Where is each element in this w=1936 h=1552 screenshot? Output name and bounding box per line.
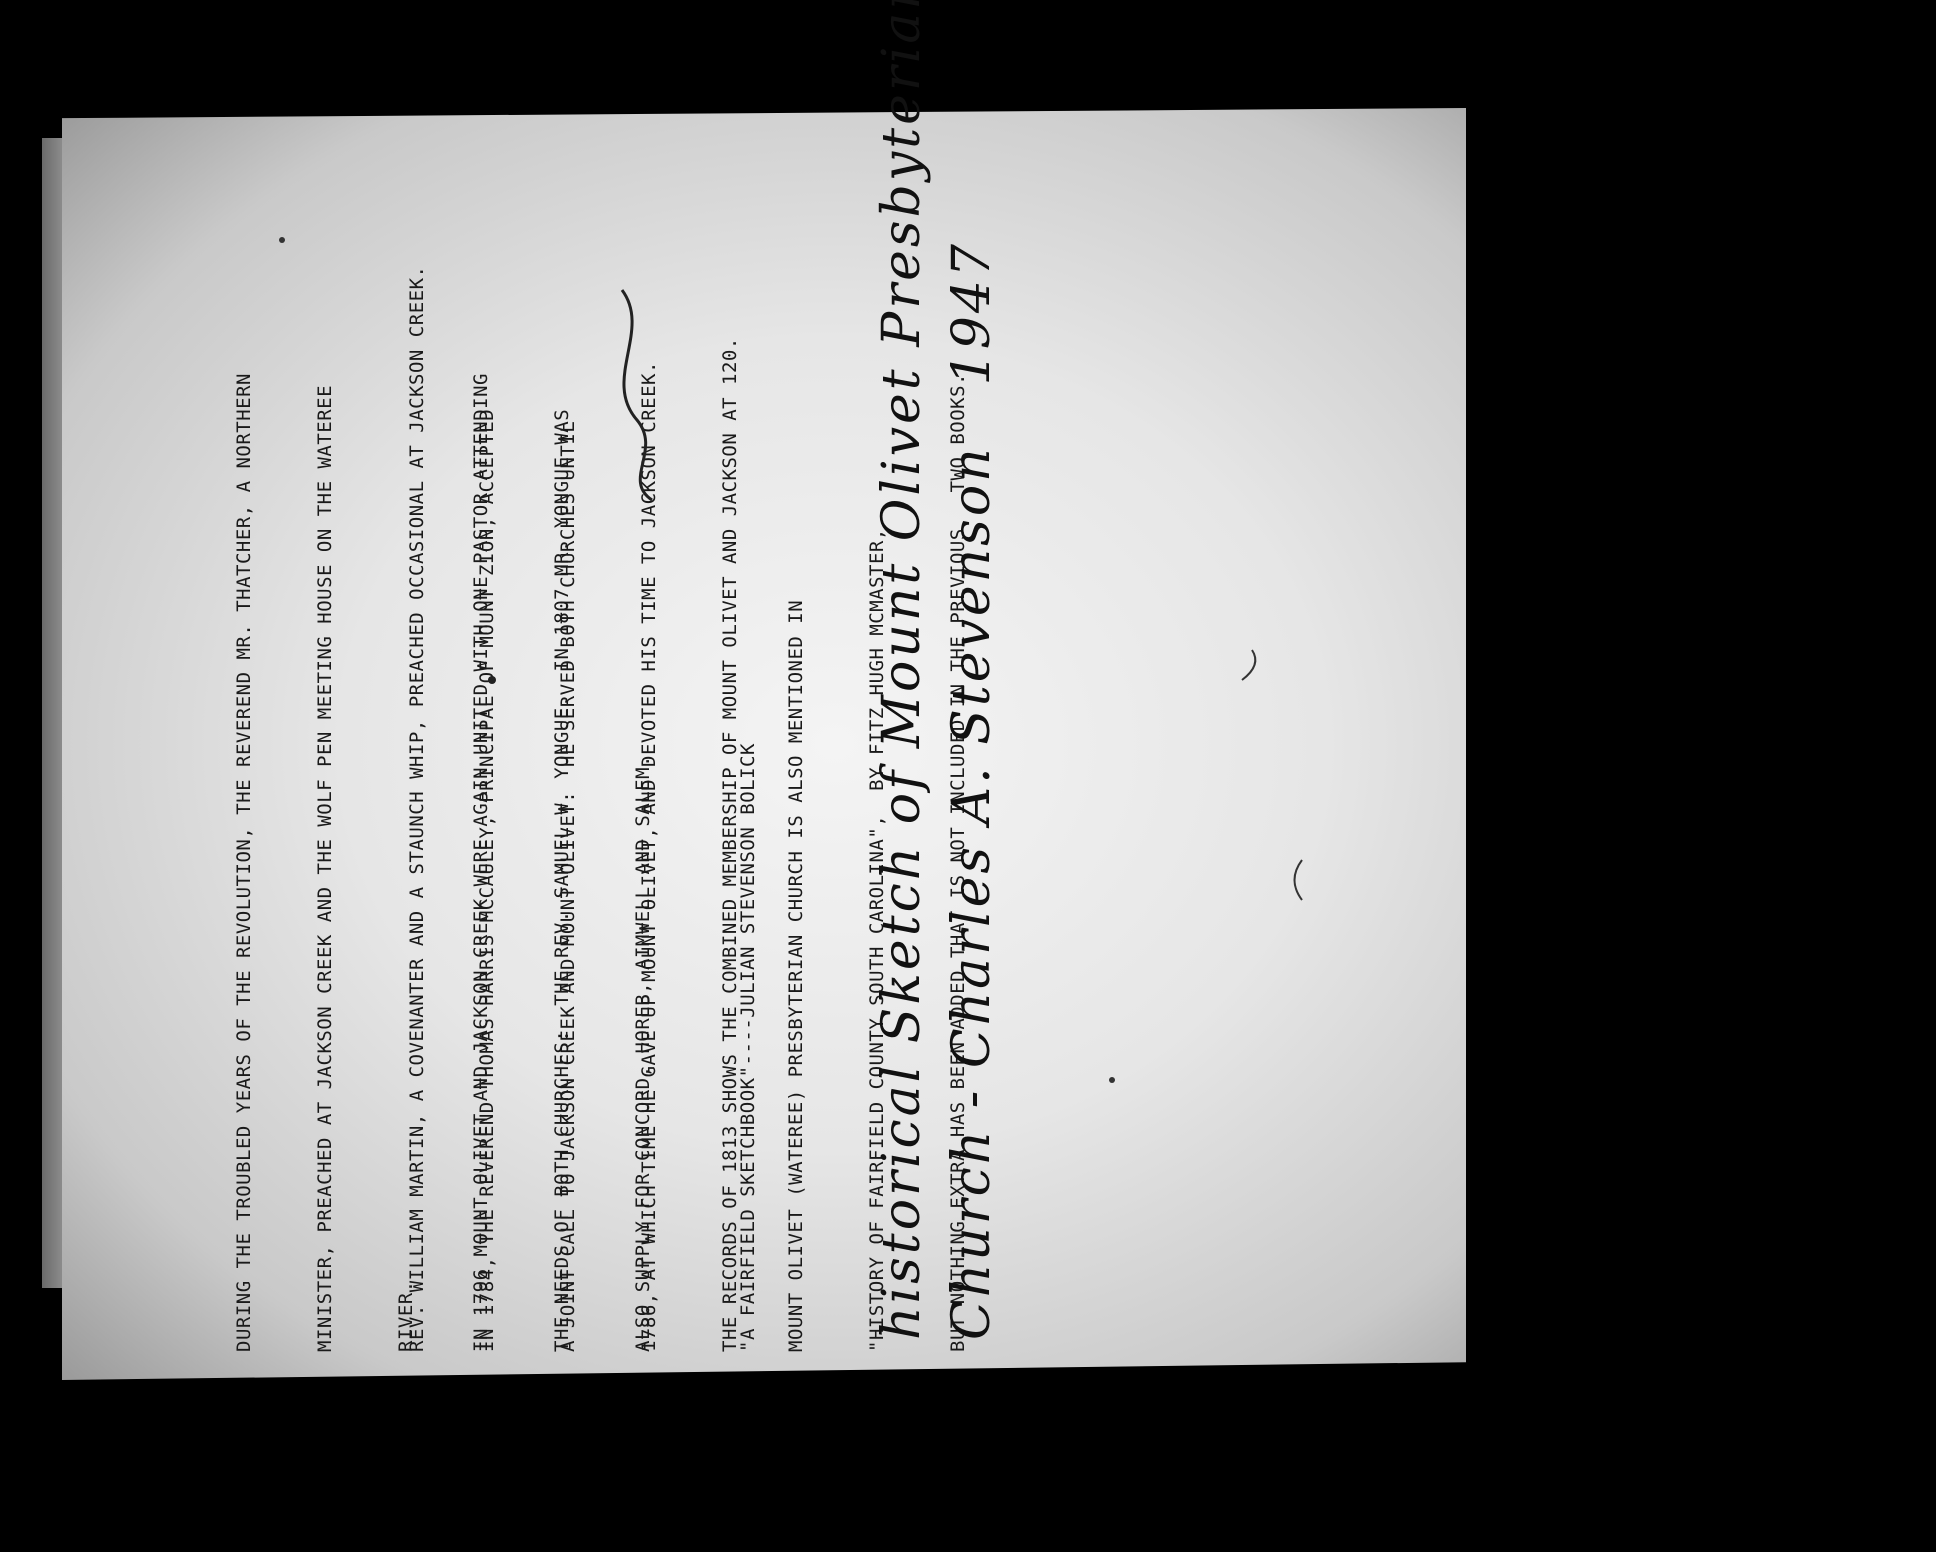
scanned-document-viewer: DURING THE TROUBLED YEARS OF THE REVOLUT… [0, 0, 1936, 1552]
text-line: ALSO SUPPLY FOR CONCORD, HOREB, AIMWELL … [630, 373, 657, 1352]
text-line: MINISTER, PREACHED AT JACKSON CREEK AND … [312, 337, 339, 1352]
text-line: IN 1796 MOUNT OLIVET AND JACKSON CREEK W… [468, 373, 495, 1352]
rotated-page-content: DURING THE TROUBLED YEARS OF THE REVOLUT… [62, 108, 1466, 1380]
text-line: THE NEEDS OF BOTH CHURCHES: THE REV. SAM… [549, 373, 576, 1352]
handwritten-author: Church - Charles A. Stevenson [942, 445, 1002, 1340]
text-line: DURING THE TROUBLED YEARS OF THE REVOLUT… [231, 337, 258, 1352]
text-line: MOUNT OLIVET (WATEREE) PRESBYTERIAN CHUR… [783, 373, 810, 1352]
handwritten-title-line-1: historical Sketch of Mount Olivet Presby… [872, 0, 932, 1340]
handwritten-title-line-2: Church - Charles A. Stevenson1947 [942, 241, 1002, 1340]
handwritten-year: 1947 [942, 241, 1002, 385]
